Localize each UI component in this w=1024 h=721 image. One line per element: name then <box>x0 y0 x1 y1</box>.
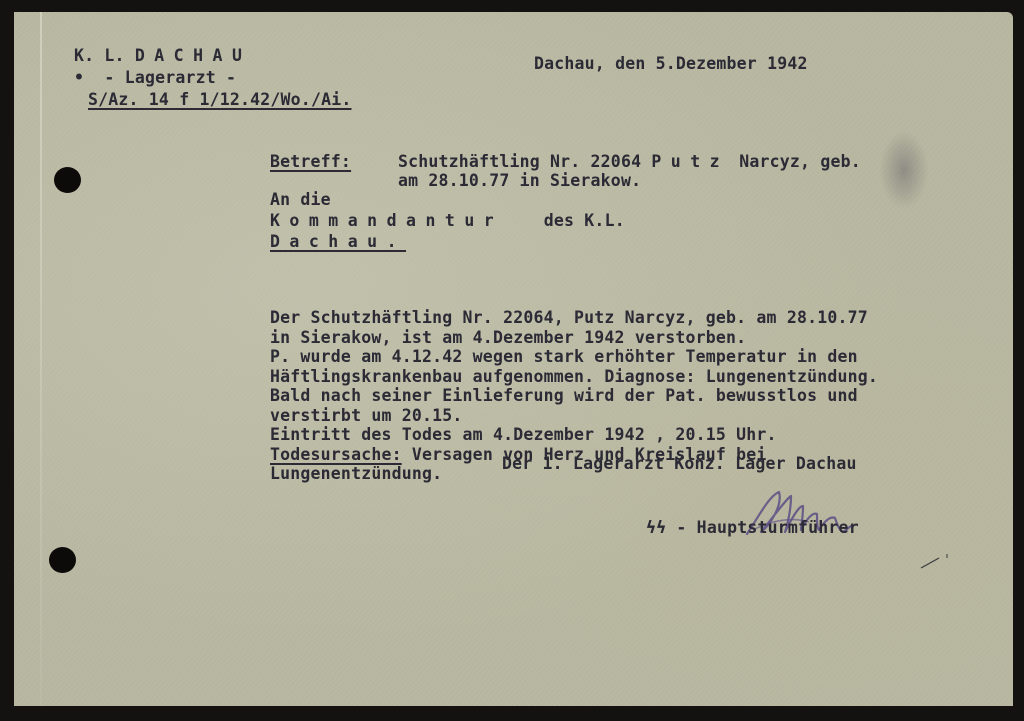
body-line: Bald nach seiner Einlieferung wird der P… <box>270 386 878 406</box>
org-name: DACHAU <box>135 46 252 65</box>
subject-line-2: am 28.10.77 in Sierakow. <box>398 171 641 191</box>
department-name: - Lagerarzt - <box>104 68 236 87</box>
body-line: Eintritt des Todes am 4.Dezember 1942 , … <box>270 425 878 445</box>
org-prefix: K. L. <box>74 46 125 65</box>
document-page: K. L. DACHAU • - Lagerarzt - S/Az. 14 f … <box>14 12 1013 706</box>
paper-fold-line <box>40 12 42 706</box>
punch-hole-icon <box>49 547 76 573</box>
bullet-icon: • <box>74 68 84 87</box>
letterhead-org: K. L. DACHAU <box>74 46 251 66</box>
subject-given-name: Narcyz, geb. <box>729 152 861 171</box>
recipient-line-1: An die <box>270 190 331 210</box>
recipient-camp: des K.L. <box>544 211 625 230</box>
letterhead-department: • - Lagerarzt - <box>74 68 236 88</box>
subject-prisoner-number: Schutzhäftling Nr. 22064 <box>398 152 651 171</box>
recipient-line-3: Dachau. <box>270 232 406 252</box>
body-line: in Sierakow, ist am 4.Dezember 1942 vers… <box>270 328 878 348</box>
rank-title: - Hauptsturmführer <box>666 518 859 537</box>
signatory-rank: ϟϟ - Hauptsturmführer <box>646 518 859 538</box>
subject-surname: Putz <box>651 152 729 171</box>
place-date: Dachau, den 5.Dezember 1942 <box>534 54 808 74</box>
body-line: verstirbt um 20.15. <box>270 406 878 426</box>
punch-hole-icon <box>54 167 81 193</box>
body-text: Der Schutzhäftling Nr. 22064, Putz Narcy… <box>270 269 878 523</box>
subject-line-1: Schutzhäftling Nr. 22064 Putz Narcyz, ge… <box>398 152 861 172</box>
reference-number: S/Az. 14 f 1/12.42/Wo./Ai. <box>88 90 351 110</box>
signatory-title: Der 1. Lagerarzt Konz. Lager Dachau <box>502 454 857 474</box>
ink-smudge <box>879 130 929 210</box>
cause-label: Todesursache: <box>270 445 402 464</box>
recipient-office: Kommandantur <box>270 211 503 230</box>
recipient-line-2: Kommandantur des K.L. <box>270 211 625 231</box>
recipient-location: Dachau. <box>270 232 406 251</box>
body-line: Der Schutzhäftling Nr. 22064, Putz Narcy… <box>270 308 878 328</box>
scan-border: K. L. DACHAU • - Lagerarzt - S/Az. 14 f … <box>0 0 1024 721</box>
ss-rune-icon: ϟϟ <box>646 518 666 537</box>
body-line: Häftlingskrankenbau aufgenommen. Diagnos… <box>270 367 878 387</box>
subject-label: Betreff: <box>270 152 351 172</box>
body-line: P. wurde am 4.12.42 wegen stark erhöhter… <box>270 347 878 367</box>
pen-stroke-mark-icon <box>919 552 959 572</box>
